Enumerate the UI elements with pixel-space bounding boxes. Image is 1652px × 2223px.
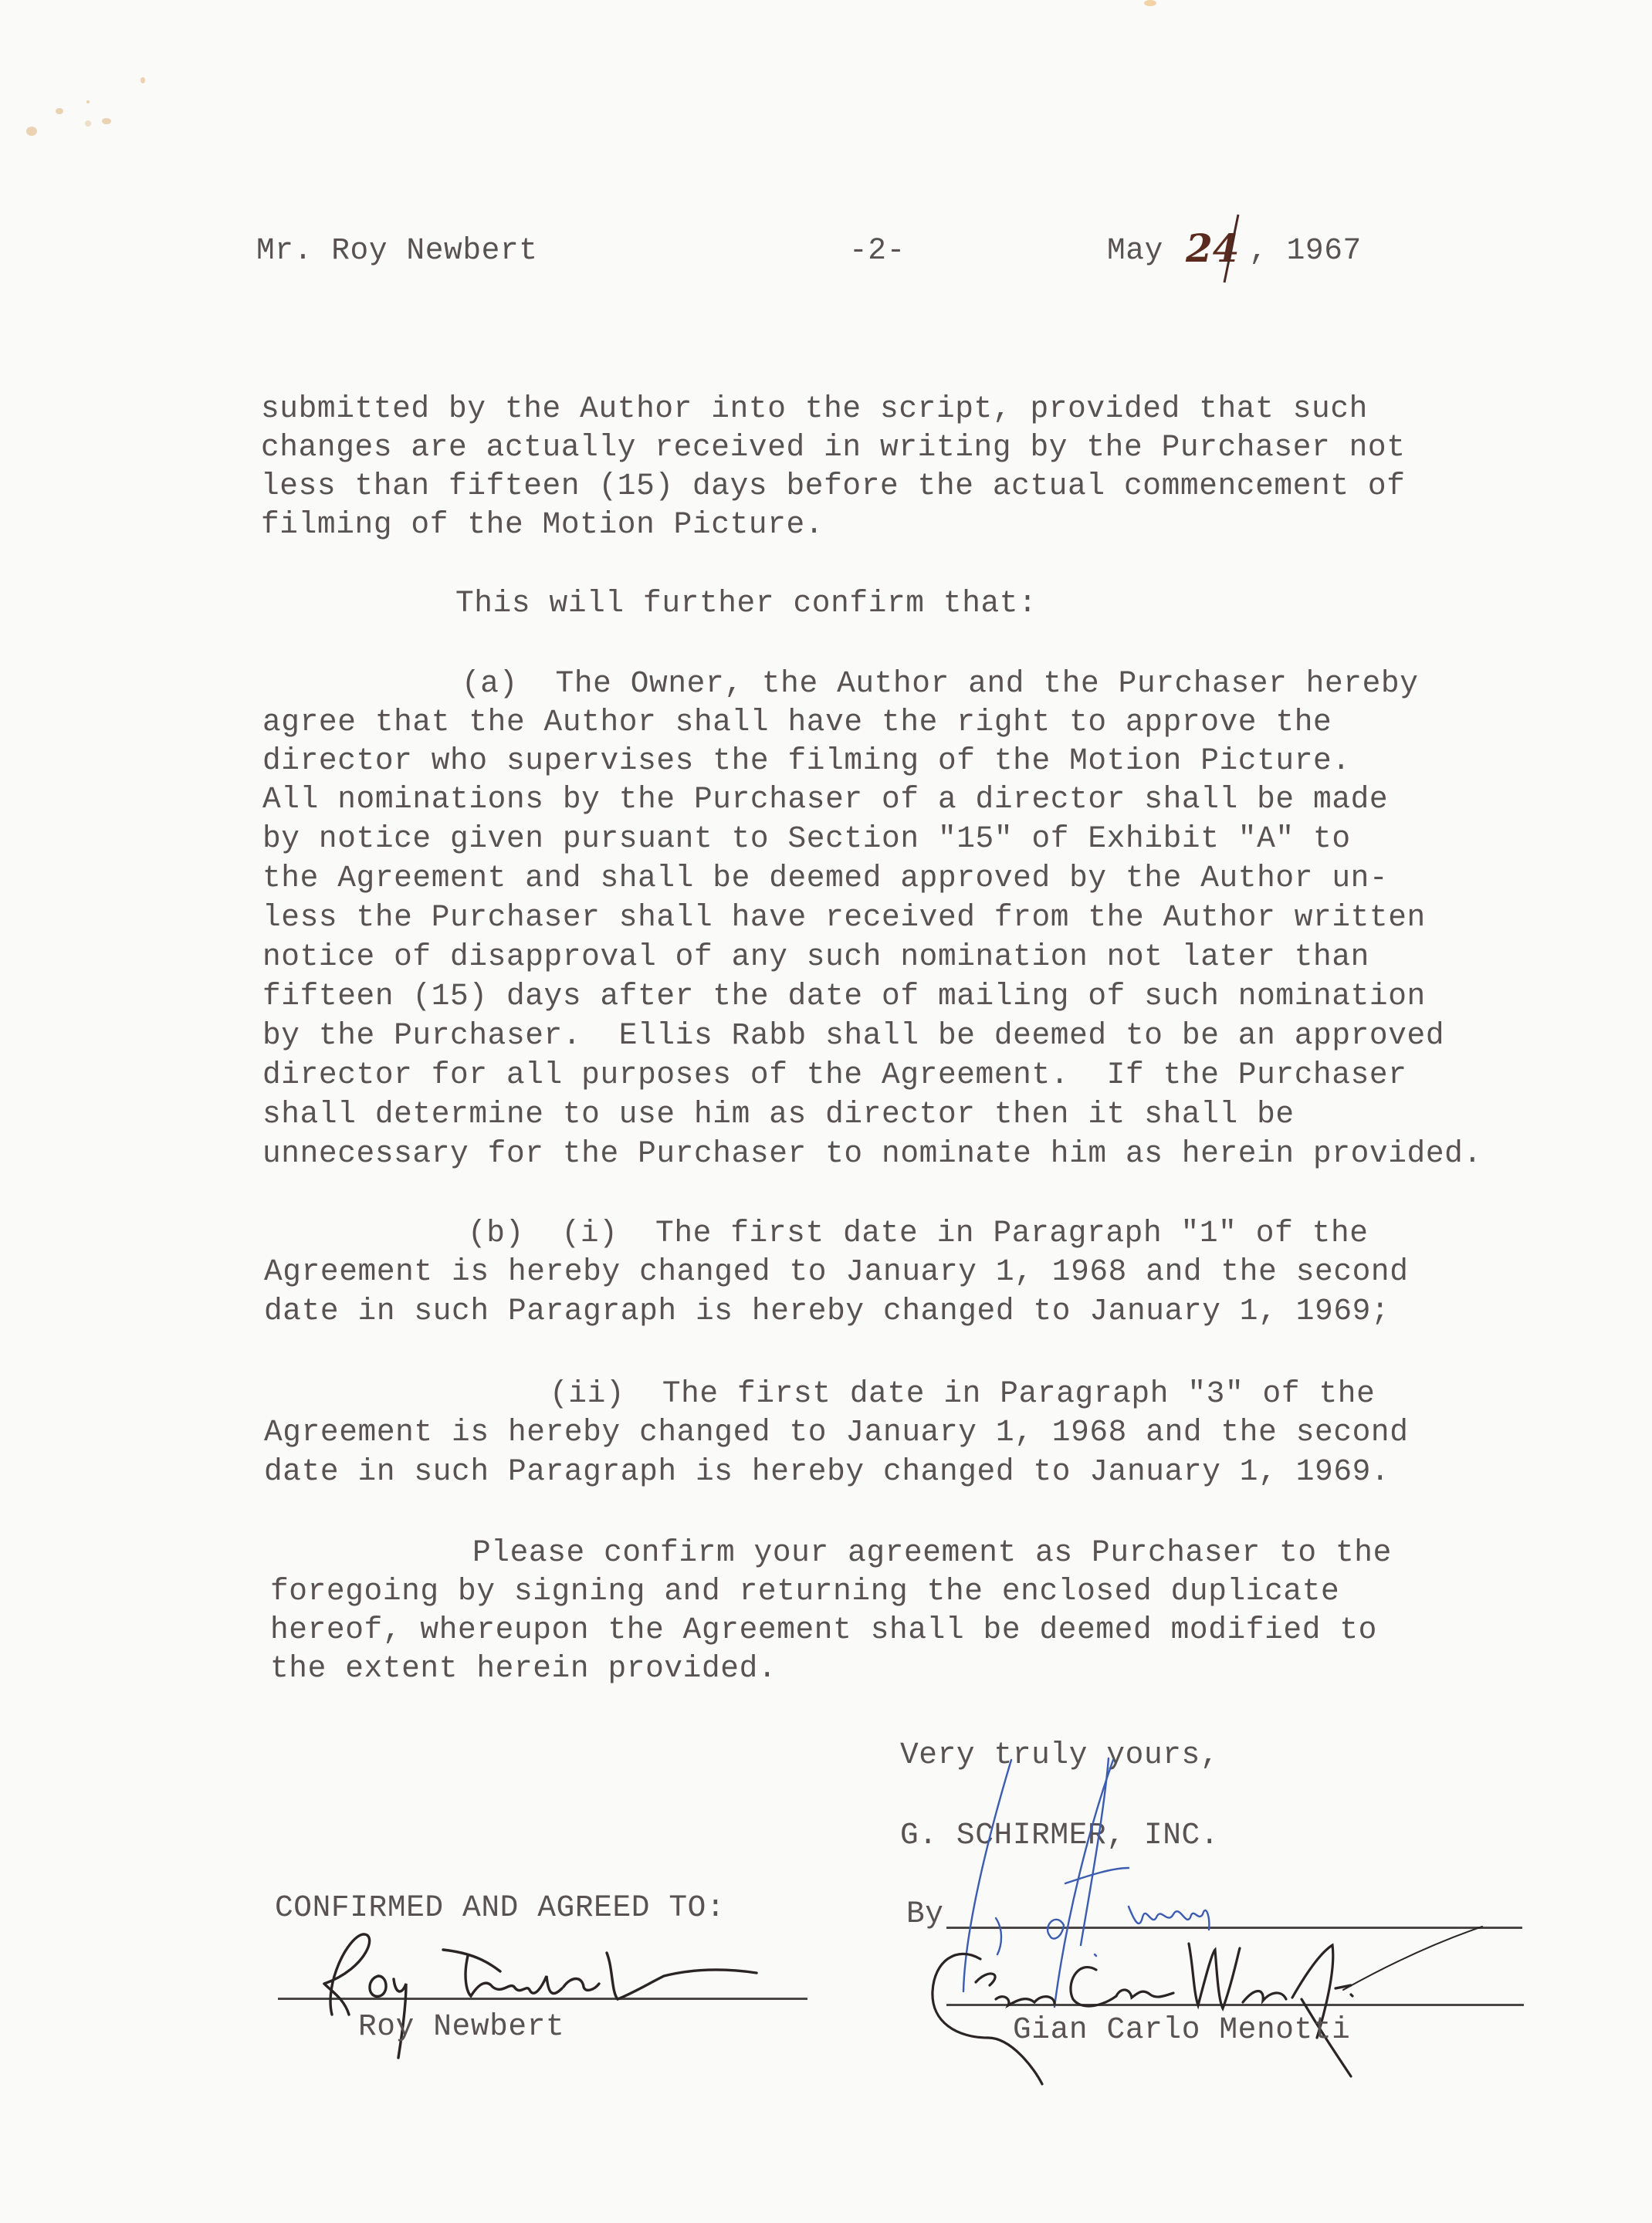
- date-month: May: [1107, 235, 1163, 266]
- page-number: -2-: [849, 235, 906, 266]
- menotti-signature: [919, 1922, 1598, 2092]
- company-signer-name: Gian Carlo Menotti: [1013, 2015, 1350, 2045]
- newbert-signature: [293, 1922, 787, 2069]
- letter-page: Mr. Roy Newbert -2- May 24 , 1967 submit…: [0, 0, 1652, 2223]
- recipient-name: Mr. Roy Newbert: [256, 235, 538, 266]
- purchaser-name: Roy Newbert: [358, 2012, 564, 2042]
- confirmation-intro: This will further confirm that:: [455, 588, 1037, 619]
- date-year: , 1967: [1249, 235, 1362, 266]
- date-slash-mark: [1220, 213, 1243, 298]
- confirmation-label: CONFIRMED AND AGREED TO:: [275, 1893, 725, 1924]
